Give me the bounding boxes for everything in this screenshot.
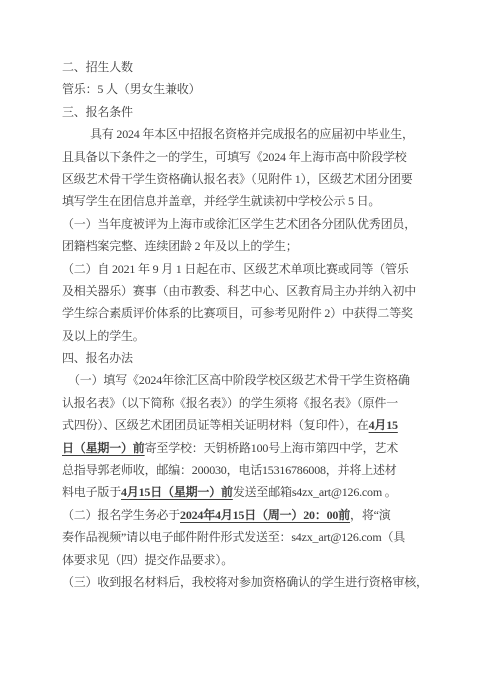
deadline-emphasis: 4月15日（星期一）前 xyxy=(121,485,233,499)
text-segment: （一）填写《2024年徐汇区高中阶段学校区级艺术骨干学生资格确 xyxy=(68,373,410,387)
text-segment: （二）报名学生务必于 xyxy=(62,508,180,522)
text-segment: 四、报名办法 xyxy=(62,351,133,365)
text-line: 管乐：5 人（男女生兼收） xyxy=(62,78,428,100)
deadline-emphasis: 4月15 xyxy=(369,418,398,432)
text-line: 奏作品视频”请以电子邮件附件形式发送至：s4zx_art@126.com（具 xyxy=(62,526,428,548)
text-line: 团籍档案完整、连续团龄 2 年及以上的学生； xyxy=(62,235,428,257)
text-line: 区级艺术骨干学生资格确认报名表》（见附件 1），区级艺术团分团要 xyxy=(62,168,428,190)
text-line: 学生综合素质评价体系的比赛项目，可参考见附件 2）中获得二等奖 xyxy=(62,302,428,324)
text-line: 体要求见（四）提交作品要求）。 xyxy=(62,549,428,571)
text-segment: 区级艺术骨干学生资格确认报名表》（见附件 1），区级艺术团分团要 xyxy=(62,172,413,186)
text-segment: 具有 2024 年本区中招报名资格并完成报名的应届初中毕业生， xyxy=(90,127,414,141)
text-segment: ，将“演 xyxy=(350,508,391,522)
text-segment: 体要求见（四）提交作品要求）。 xyxy=(62,553,233,567)
text-segment: 奏作品视频”请以电子邮件附件形式发送至：s4zx_art@126.com（具 xyxy=(62,530,405,544)
text-segment: 料电子版于 xyxy=(62,485,121,499)
text-segment: 学生综合素质评价体系的比赛项目，可参考见附件 2）中获得二等奖 xyxy=(62,306,413,320)
text-segment: （三）收到报名材料后，我校将对参加资格确认的学生进行资格审核， xyxy=(62,575,428,589)
text-segment: 二、招生人数 xyxy=(62,60,133,74)
text-line: 二、招生人数 xyxy=(62,56,428,78)
text-segment: 及相关器乐）赛事（由市教委、科艺中心、区教育局主办并纳入初中 xyxy=(62,284,416,298)
text-line: 及以上的学生。 xyxy=(62,325,428,347)
text-segment: 且具备以下条件之一的学生，可填写《2024 年上海市高中阶段学校 xyxy=(62,150,407,164)
text-segment: 认报名表》（以下简称《报名表》）的学生须将《报名表》（原件一 xyxy=(62,396,398,410)
text-line: 及相关器乐）赛事（由市教委、科艺中心、区教育局主办并纳入初中 xyxy=(62,280,428,302)
deadline-emphasis: 日（星期一）前 xyxy=(62,441,145,455)
document-text: 二、招生人数管乐：5 人（男女生兼收）三、报名条件具有 2024 年本区中招报名… xyxy=(62,56,428,593)
text-line: 式四份）、区级艺术团团员证等相关证明材料（复印件），在4月15 xyxy=(62,414,428,436)
text-line: 具有 2024 年本区中招报名资格并完成报名的应届初中毕业生， xyxy=(62,123,428,145)
text-segment: 团籍档案完整、连续团龄 2 年及以上的学生； xyxy=(62,239,298,253)
text-line: （一）当年度被评为上海市或徐汇区学生艺术团各分团队优秀团员， xyxy=(62,213,428,235)
text-segment: （二）自 2021 年 9 月 1 日起在市、区级艺术单项比赛或同等（管乐 xyxy=(62,262,409,276)
text-segment: （一）当年度被评为上海市或徐汇区学生艺术团各分团队优秀团员， xyxy=(62,217,416,231)
text-segment: 式四份）、区级艺术团团员证等相关证明材料（复印件），在 xyxy=(62,418,369,432)
text-segment: 及以上的学生。 xyxy=(62,329,145,343)
text-line: （二）报名学生务必于2024年4月15日（周一）20：00前，将“演 xyxy=(62,504,428,526)
text-segment: 发送至邮箱s4zx_art@126.com 。 xyxy=(233,485,397,499)
text-line: （二）自 2021 年 9 月 1 日起在市、区级艺术单项比赛或同等（管乐 xyxy=(62,258,428,280)
text-line: （一）填写《2024年徐汇区高中阶段学校区级艺术骨干学生资格确 xyxy=(62,369,428,391)
text-line: 填写学生在团信息并盖章，并经学生就读初中学校公示 5 日。 xyxy=(62,190,428,212)
text-line: 日（星期一）前寄至学校：天钥桥路100号上海市第四中学，艺术 xyxy=(62,437,428,459)
text-line: 三、报名条件 xyxy=(62,101,428,123)
text-line: 且具备以下条件之一的学生，可填写《2024 年上海市高中阶段学校 xyxy=(62,146,428,168)
document-page: 二、招生人数管乐：5 人（男女生兼收）三、报名条件具有 2024 年本区中招报名… xyxy=(0,0,480,679)
deadline-emphasis: 2024年4月15日（周一）20：00前 xyxy=(180,508,350,522)
text-line: 料电子版于4月15日（星期一）前发送至邮箱s4zx_art@126.com 。 xyxy=(62,481,428,503)
text-line: 总指导郭老师收，邮编：200030，电话15316786008，并将上述材 xyxy=(62,459,428,481)
text-line: 四、报名办法 xyxy=(62,347,428,369)
text-segment: 三、报名条件 xyxy=(62,105,133,119)
text-segment: 总指导郭老师收，邮编：200030，电话15316786008，并将上述材 xyxy=(62,463,397,477)
text-segment: 填写学生在团信息并盖章，并经学生就读初中学校公示 5 日。 xyxy=(62,194,380,208)
text-line: 认报名表》（以下简称《报名表》）的学生须将《报名表》（原件一 xyxy=(62,392,428,414)
text-segment: 寄至学校：天钥桥路100号上海市第四中学，艺术 xyxy=(145,441,398,455)
text-segment: 管乐：5 人（男女生兼收） xyxy=(62,82,200,96)
text-line: （三）收到报名材料后，我校将对参加资格确认的学生进行资格审核， xyxy=(62,571,428,593)
